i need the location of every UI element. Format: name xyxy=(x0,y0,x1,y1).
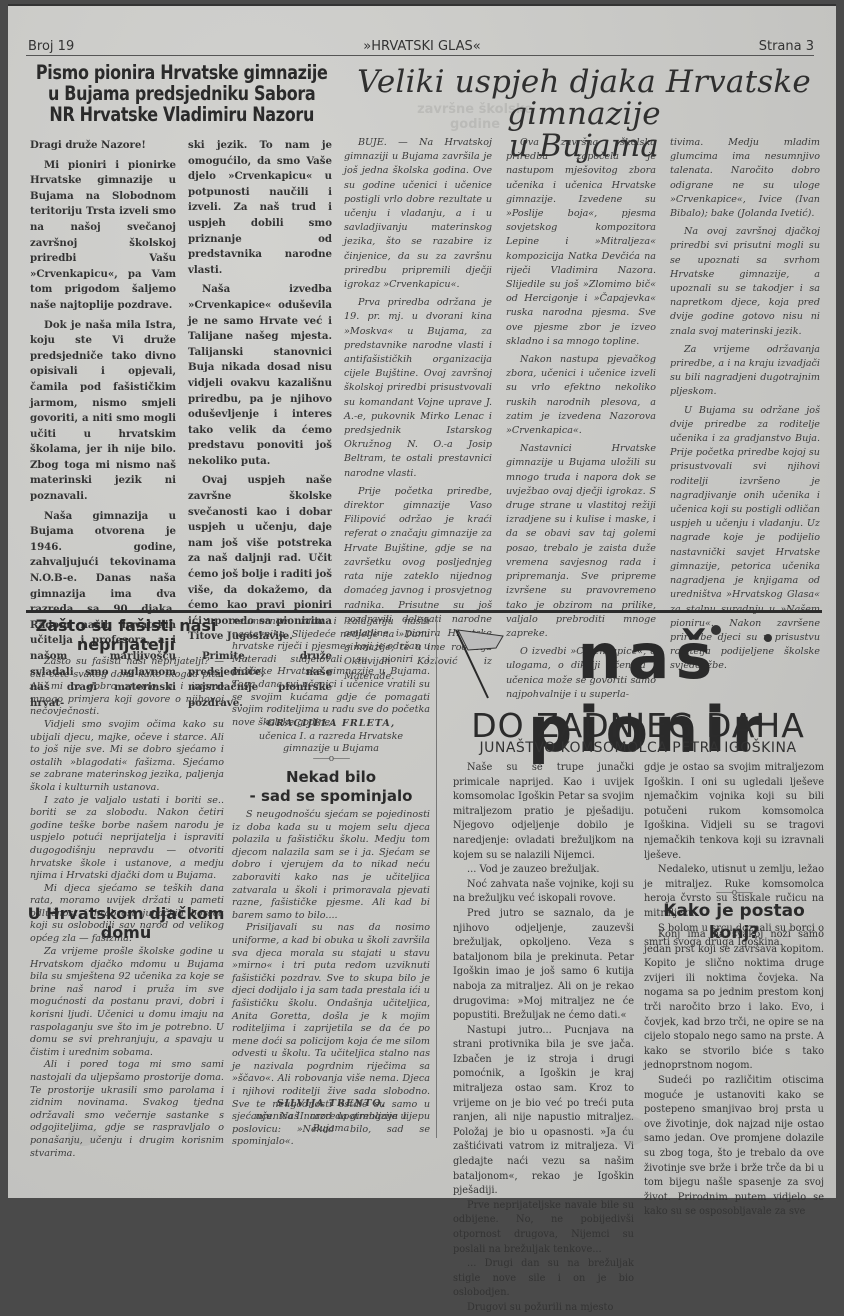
paragraph: Za vrijeme prošle školske godine u Hrvat… xyxy=(30,946,224,1059)
pioneer-column-1: Naše su se trupe junački primicale napri… xyxy=(453,761,634,1200)
paragraph: Pred jutro se saznalo, da je njihovo odj… xyxy=(453,907,634,1024)
paragraph: Dok je naša mila Istra, koju ste Vi druž… xyxy=(30,318,176,505)
fascists-title-line: neprijatelji xyxy=(26,635,226,654)
memory-title-line: Nekad bilo xyxy=(232,768,430,787)
pioneer-subheadline: JUNAŠTVO KOMSOMOLCA PETRA IGOŠKINA xyxy=(448,740,828,756)
paragraph: Mi pioniri i pionirke Hrvatske gimnazije… xyxy=(30,158,176,314)
column-rule xyxy=(436,618,437,1138)
paragraph: Ali i pored toga mi smo sami nastojali d… xyxy=(30,1059,224,1160)
paragraph: Nakon nastupa pjevačkog zbora, učenici i… xyxy=(506,353,656,438)
letter-title-line: Pismo pionira Hrvatske gimnazije xyxy=(30,62,333,83)
paper-smudge xyxy=(608,1116,648,1146)
letter-title-line: NR Hrvatske Vladimiru Nazoru xyxy=(30,104,333,125)
paragraph: Sudeći po različitim otiscima moguće je … xyxy=(644,1074,824,1200)
author-name: GRACIJELA FRLETA, xyxy=(232,718,430,731)
paragraph: BUJE. — Na Hrvatskoj gimnaziji u Bujama … xyxy=(344,136,492,292)
paragraph: Naše su se trupe junački primicale napri… xyxy=(453,761,634,863)
fascists-title-line: Zašto su fašisti naši xyxy=(26,616,226,635)
letter-salutation: Dragi druže Nazore! xyxy=(30,138,176,154)
paragraph: Nastupi jutro... Pucnjava na strani prot… xyxy=(453,1024,634,1199)
memory-title-line: - sad se spominjalo xyxy=(232,787,430,806)
author-school: Bujama xyxy=(232,1123,430,1136)
horse-body: Konj ima na svakoj nozi samo jedan prst … xyxy=(644,928,824,1200)
paragraph: Konj ima na svakoj nozi samo jedan prst … xyxy=(644,928,824,1074)
paragraph: Ova završna školska priredba započela je… xyxy=(506,136,656,349)
success-column-1: BUJE. — Na Hrvatskoj gimnaziji u Bujama … xyxy=(344,136,492,688)
fascists-continuation: neumornom radu i zalaganju naših nastavn… xyxy=(232,616,430,729)
signature-trento: SILVIJA TRENTO, učenica II. razreda gimn… xyxy=(232,1098,430,1136)
letter-title-line: u Bujama predsjedniku Sabora xyxy=(30,83,333,104)
paragraph: Noć zahvata naše vojnike, koji su na bre… xyxy=(453,878,634,907)
memory-headline: Nekad bilo - sad se spominjalo xyxy=(232,768,430,806)
paragraph: ski jezik. To nam je omogućilo, da smo V… xyxy=(188,138,332,278)
paragraph: Vidjeli smo svojim očima kako su ubijali… xyxy=(30,719,224,795)
author-name: SILVIJA TRENTO, xyxy=(232,1098,430,1111)
newspaper-page: Broj 19 »HRVATSKI GLAS« Strana 3 Pismo p… xyxy=(8,4,836,1198)
ornament-divider: ——o—— xyxy=(644,888,824,898)
dorm-headline: U Hrvatskom djačkom domu xyxy=(26,904,226,942)
signature-frleta: GRACIJELA FRLETA, učenica I. a razreda H… xyxy=(232,718,430,756)
paragraph: Zašto su fašisti naši neprijatelji? — ču… xyxy=(30,656,224,719)
page-number: Strana 3 xyxy=(759,39,814,54)
paragraph: Za vrijeme održavanja priredbe, a i na k… xyxy=(670,343,820,400)
author-class: učenica I. a razreda Hrvatske xyxy=(232,731,430,744)
ornament-divider: ——o—— xyxy=(232,754,430,764)
header-rule xyxy=(26,55,814,56)
author-class: učenica II. razreda gimnazije u xyxy=(232,1111,430,1124)
paragraph: Na ovoj završnoj djačkoj priredbi svi pr… xyxy=(670,225,820,339)
faint-overprint: završne školske godine xyxy=(400,102,550,132)
fascists-headline: Zašto su fašisti naši neprijatelji xyxy=(26,616,226,654)
paper-smudge xyxy=(68,1126,98,1146)
fascists-body: Zašto su fašisti naši neprijatelji? — ču… xyxy=(30,656,224,946)
dorm-title-line: U Hrvatskom djačkom xyxy=(26,904,226,923)
paragraph: tivima. Medju mladim glumcima ima nesumn… xyxy=(670,136,820,221)
success-column-3: tivima. Medju mladim glumcima ima nesumn… xyxy=(670,136,820,678)
dorm-body: Za vrijeme prošle školske godine u Hrvat… xyxy=(30,946,224,1160)
section-divider xyxy=(26,610,822,613)
paragraph: I zato je valjalo ustati i boriti se.. b… xyxy=(30,795,224,883)
paragraph: Naša izvedba »Crvenkapice« oduševila je … xyxy=(188,282,332,469)
paragraph: neumornom radu i zalaganju naših nastavn… xyxy=(232,616,430,729)
newspaper-name: »HRVATSKI GLAS« xyxy=(8,39,836,54)
nas-pionir-logo: naš pionir xyxy=(448,618,828,706)
paragraph: gdje je ostao sa svojim mitraljezom Igoš… xyxy=(644,761,824,863)
paragraph: Prva priredba održana je 19. pr. mj. u d… xyxy=(344,296,492,481)
dorm-title-line: domu xyxy=(26,923,226,942)
paragraph: S neugodnošću sjećam se pojedinosti iz d… xyxy=(232,809,430,922)
paragraph: ... Vod je zauzeo brežuljak. xyxy=(453,863,634,878)
